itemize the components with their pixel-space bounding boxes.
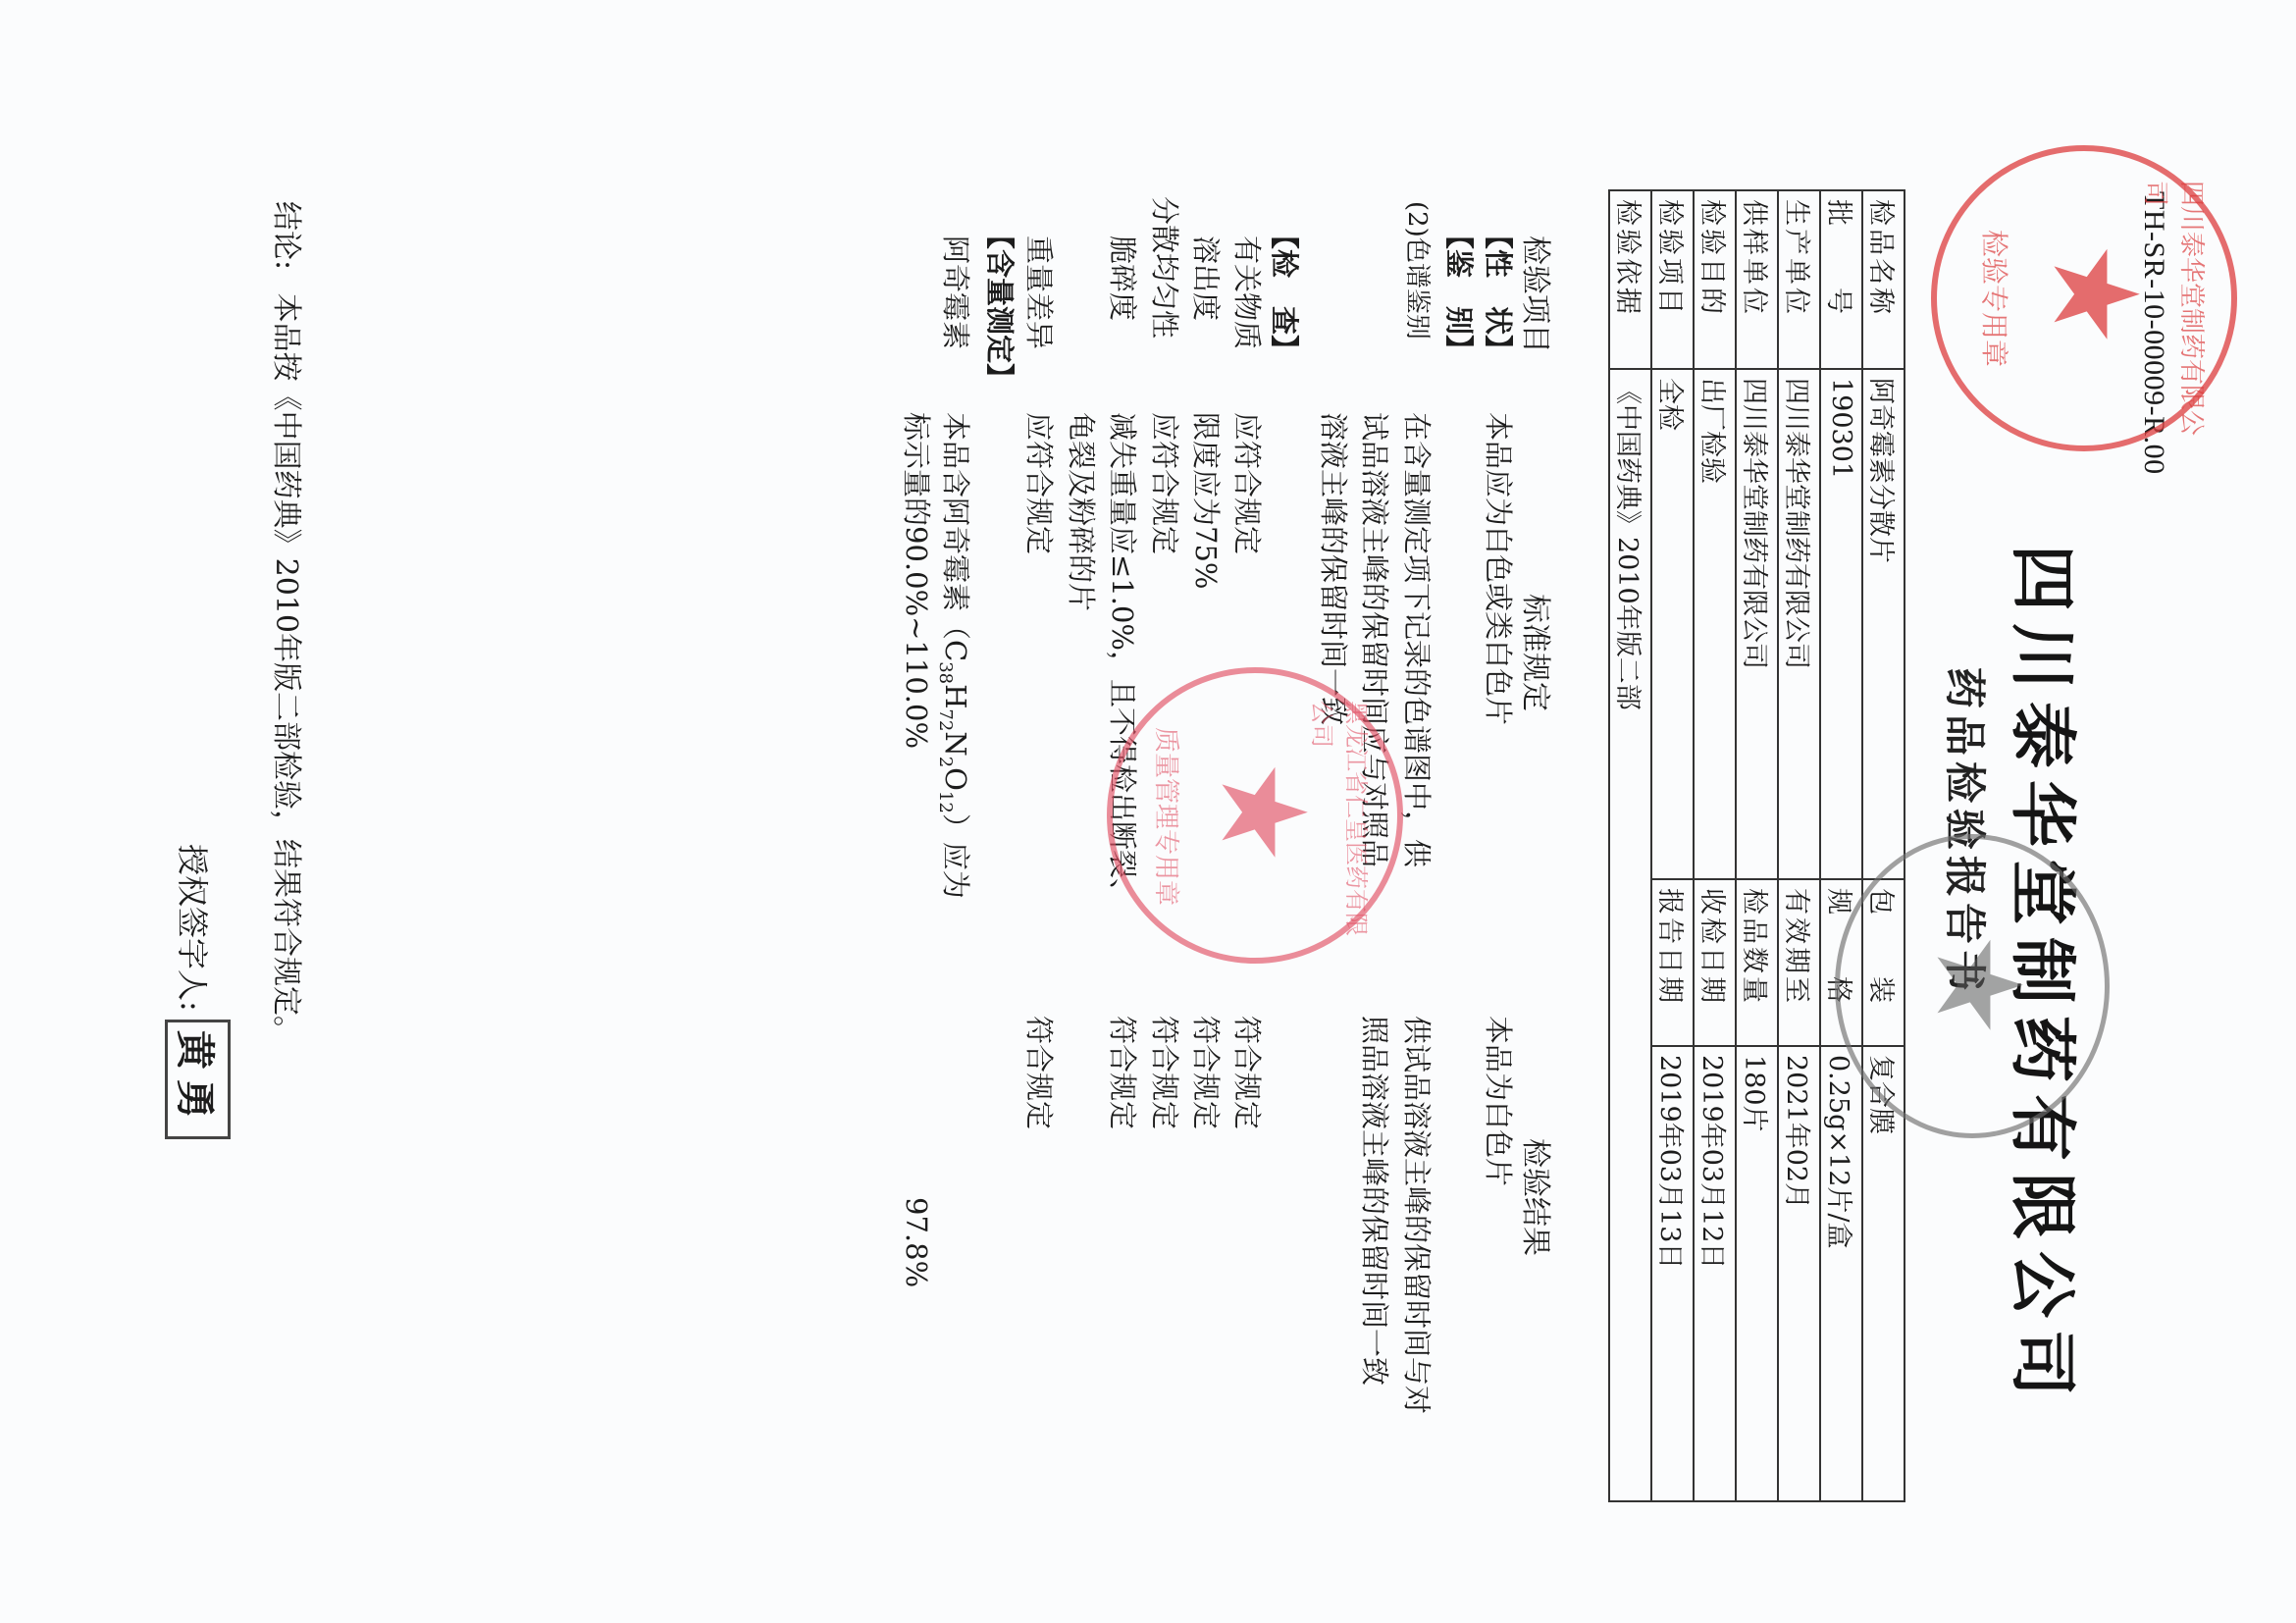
row-label: 规 格	[1820, 879, 1862, 1046]
table-row: 检验目的 出厂检验 收检日期 2019年03月12日	[1694, 190, 1736, 1501]
item-label: 溶出度	[1185, 236, 1226, 321]
row-value: 《中国药典》2010年版二部	[1609, 369, 1651, 1501]
result-text: 符合规定	[1185, 1016, 1226, 1129]
result-text: 本品为白色片	[1478, 1016, 1519, 1186]
formula-sub: 12	[935, 791, 956, 813]
stamp-text: 检验专用章	[1976, 230, 2015, 367]
row-label: 报告日期	[1651, 879, 1694, 1046]
item-label: 重量差异	[1018, 236, 1060, 349]
row-label: 检验项目	[1651, 190, 1694, 369]
standard-text: 应符合规定	[1018, 412, 1060, 554]
column-header-item: 检验项目	[1517, 236, 1560, 353]
formula-prefix: 本品含阿奇霉素（C	[939, 412, 972, 661]
table-row: 检验项目 全检 报告日期 2019年03月13日	[1651, 190, 1694, 1501]
formula-sub: 38	[935, 661, 956, 684]
standard-text: 溶液主峰的保留时间一致	[1313, 412, 1354, 725]
report-title: 药品检验报告书	[1938, 667, 1997, 997]
signature-block: 授权签字人:黄勇	[165, 844, 231, 1139]
company-name: 四川泰华堂制药有限公司	[2000, 545, 2095, 1408]
conclusion-text: 本品按《中国药典》2010年版二部检验，结果符合规定。	[269, 293, 303, 1045]
result-text: 符合规定	[1144, 1016, 1185, 1129]
section-identification: 【鉴 别】	[1438, 221, 1480, 363]
row-value: 180片	[1736, 1046, 1778, 1501]
result-text: 符合规定	[1018, 1016, 1060, 1129]
formula-suffix: ）应为	[939, 813, 972, 899]
item-label: 有关物质	[1226, 236, 1268, 349]
row-value: 190301	[1820, 369, 1862, 879]
report-sheet: TH-SR-10-00009-R.00 四川泰华堂制药有限公司 药品检验报告书 …	[0, 0, 2296, 1623]
inspection-seal-stamp: ★ 四川泰华堂制药有限公司 检验专用章	[1931, 145, 2237, 451]
document-code: TH-SR-10-00009-R.00	[2137, 191, 2170, 475]
row-value: 出厂检验	[1694, 369, 1736, 879]
row-label: 供样单位	[1736, 190, 1778, 369]
standard-text: 减失重量应≤1.0%，且不得检出断裂、	[1102, 412, 1143, 907]
standard-text: 标示量的90.0%~110.0%	[896, 412, 937, 749]
table-row: 生产单位 四川泰华堂制药有限公司 有效期至 2021年02月	[1778, 190, 1820, 1501]
result-text: 供试品溶液主峰的保留时间与对	[1396, 1016, 1437, 1414]
standard-text: 限度应为75%	[1185, 412, 1226, 589]
row-value: 全检	[1651, 369, 1694, 879]
standard-text: 在含量测定项下记录的色谱图中，供	[1396, 412, 1437, 867]
item-label: 分散均匀性	[1144, 196, 1185, 339]
row-label: 检品数量	[1736, 879, 1778, 1046]
signature-label: 授权签字人:	[174, 844, 211, 1012]
row-label: 生产单位	[1778, 190, 1820, 369]
row-value: 阿奇霉素分散片	[1862, 369, 1905, 879]
standard-text: 应符合规定	[1144, 412, 1185, 554]
row-label: 包 装	[1862, 879, 1905, 1046]
row-label: 批 号	[1820, 190, 1862, 369]
star-icon: ★	[2035, 241, 2153, 347]
standard-text: 试品溶液主峰的保留时间应与对照品	[1354, 412, 1395, 867]
standard-text: 龟裂及粉碎的片	[1061, 412, 1102, 611]
item-label: 阿奇霉素	[935, 236, 976, 349]
result-text: 符合规定	[1102, 1016, 1143, 1129]
result-text: 照品溶液主峰的保留时间一致	[1354, 1016, 1395, 1386]
conclusion-label: 结论:	[269, 201, 303, 270]
result-text: 97.8%	[896, 1197, 937, 1287]
section-inspection: 【检 查】	[1264, 221, 1305, 363]
stamp-text: 质量管理专用章	[1150, 727, 1186, 906]
row-value: 四川泰华堂制药有限公司	[1736, 369, 1778, 879]
conclusion: 结论: 本品按《中国药典》2010年版二部检验，结果符合规定。	[265, 201, 306, 1045]
standard-text: 本品应为白色或类白色片	[1478, 412, 1519, 725]
row-label: 检品名称	[1862, 190, 1905, 369]
section-character: 【性 状】	[1478, 221, 1519, 363]
table-row: 供样单位 四川泰华堂制药有限公司 检品数量 180片	[1736, 190, 1778, 1501]
row-value: 四川泰华堂制药有限公司	[1778, 369, 1820, 879]
row-value: 2021年02月	[1778, 1046, 1820, 1501]
column-header-result: 检验结果	[1517, 1138, 1560, 1256]
row-value: 0.25g×12片/盒	[1820, 1046, 1862, 1501]
signature-name-stamp: 黄勇	[165, 1020, 231, 1139]
row-value: 2019年03月12日	[1694, 1046, 1736, 1501]
info-table: 检品名称 阿奇霉素分散片 包 装 复合膜 批 号 190301 规 格 0.25…	[1608, 189, 1905, 1502]
column-header-standard: 标准规定	[1517, 594, 1560, 711]
table-row: 检验依据 《中国药典》2010年版二部	[1609, 190, 1651, 1501]
item-label: 脆碎度	[1102, 236, 1143, 321]
table-row: 检品名称 阿奇霉素分散片 包 装 复合膜	[1862, 190, 1905, 1501]
standard-text: 应符合规定	[1226, 412, 1268, 554]
result-text: 符合规定	[1226, 1016, 1268, 1129]
star-icon: ★	[1203, 759, 1321, 865]
row-label: 检验目的	[1694, 190, 1736, 369]
formula-sub: 72	[935, 708, 956, 731]
row-value: 复合膜	[1862, 1046, 1905, 1501]
row-label: 有效期至	[1778, 879, 1820, 1046]
row-label: 收检日期	[1694, 879, 1736, 1046]
item-label: (2)色谱鉴别	[1396, 201, 1437, 340]
row-label: 检验依据	[1609, 190, 1651, 369]
table-row: 批 号 190301 规 格 0.25g×12片/盒	[1820, 190, 1862, 1501]
row-value: 2019年03月13日	[1651, 1046, 1694, 1501]
formula-sub: 2	[935, 757, 956, 767]
section-assay: 【含量测定】	[979, 221, 1020, 392]
